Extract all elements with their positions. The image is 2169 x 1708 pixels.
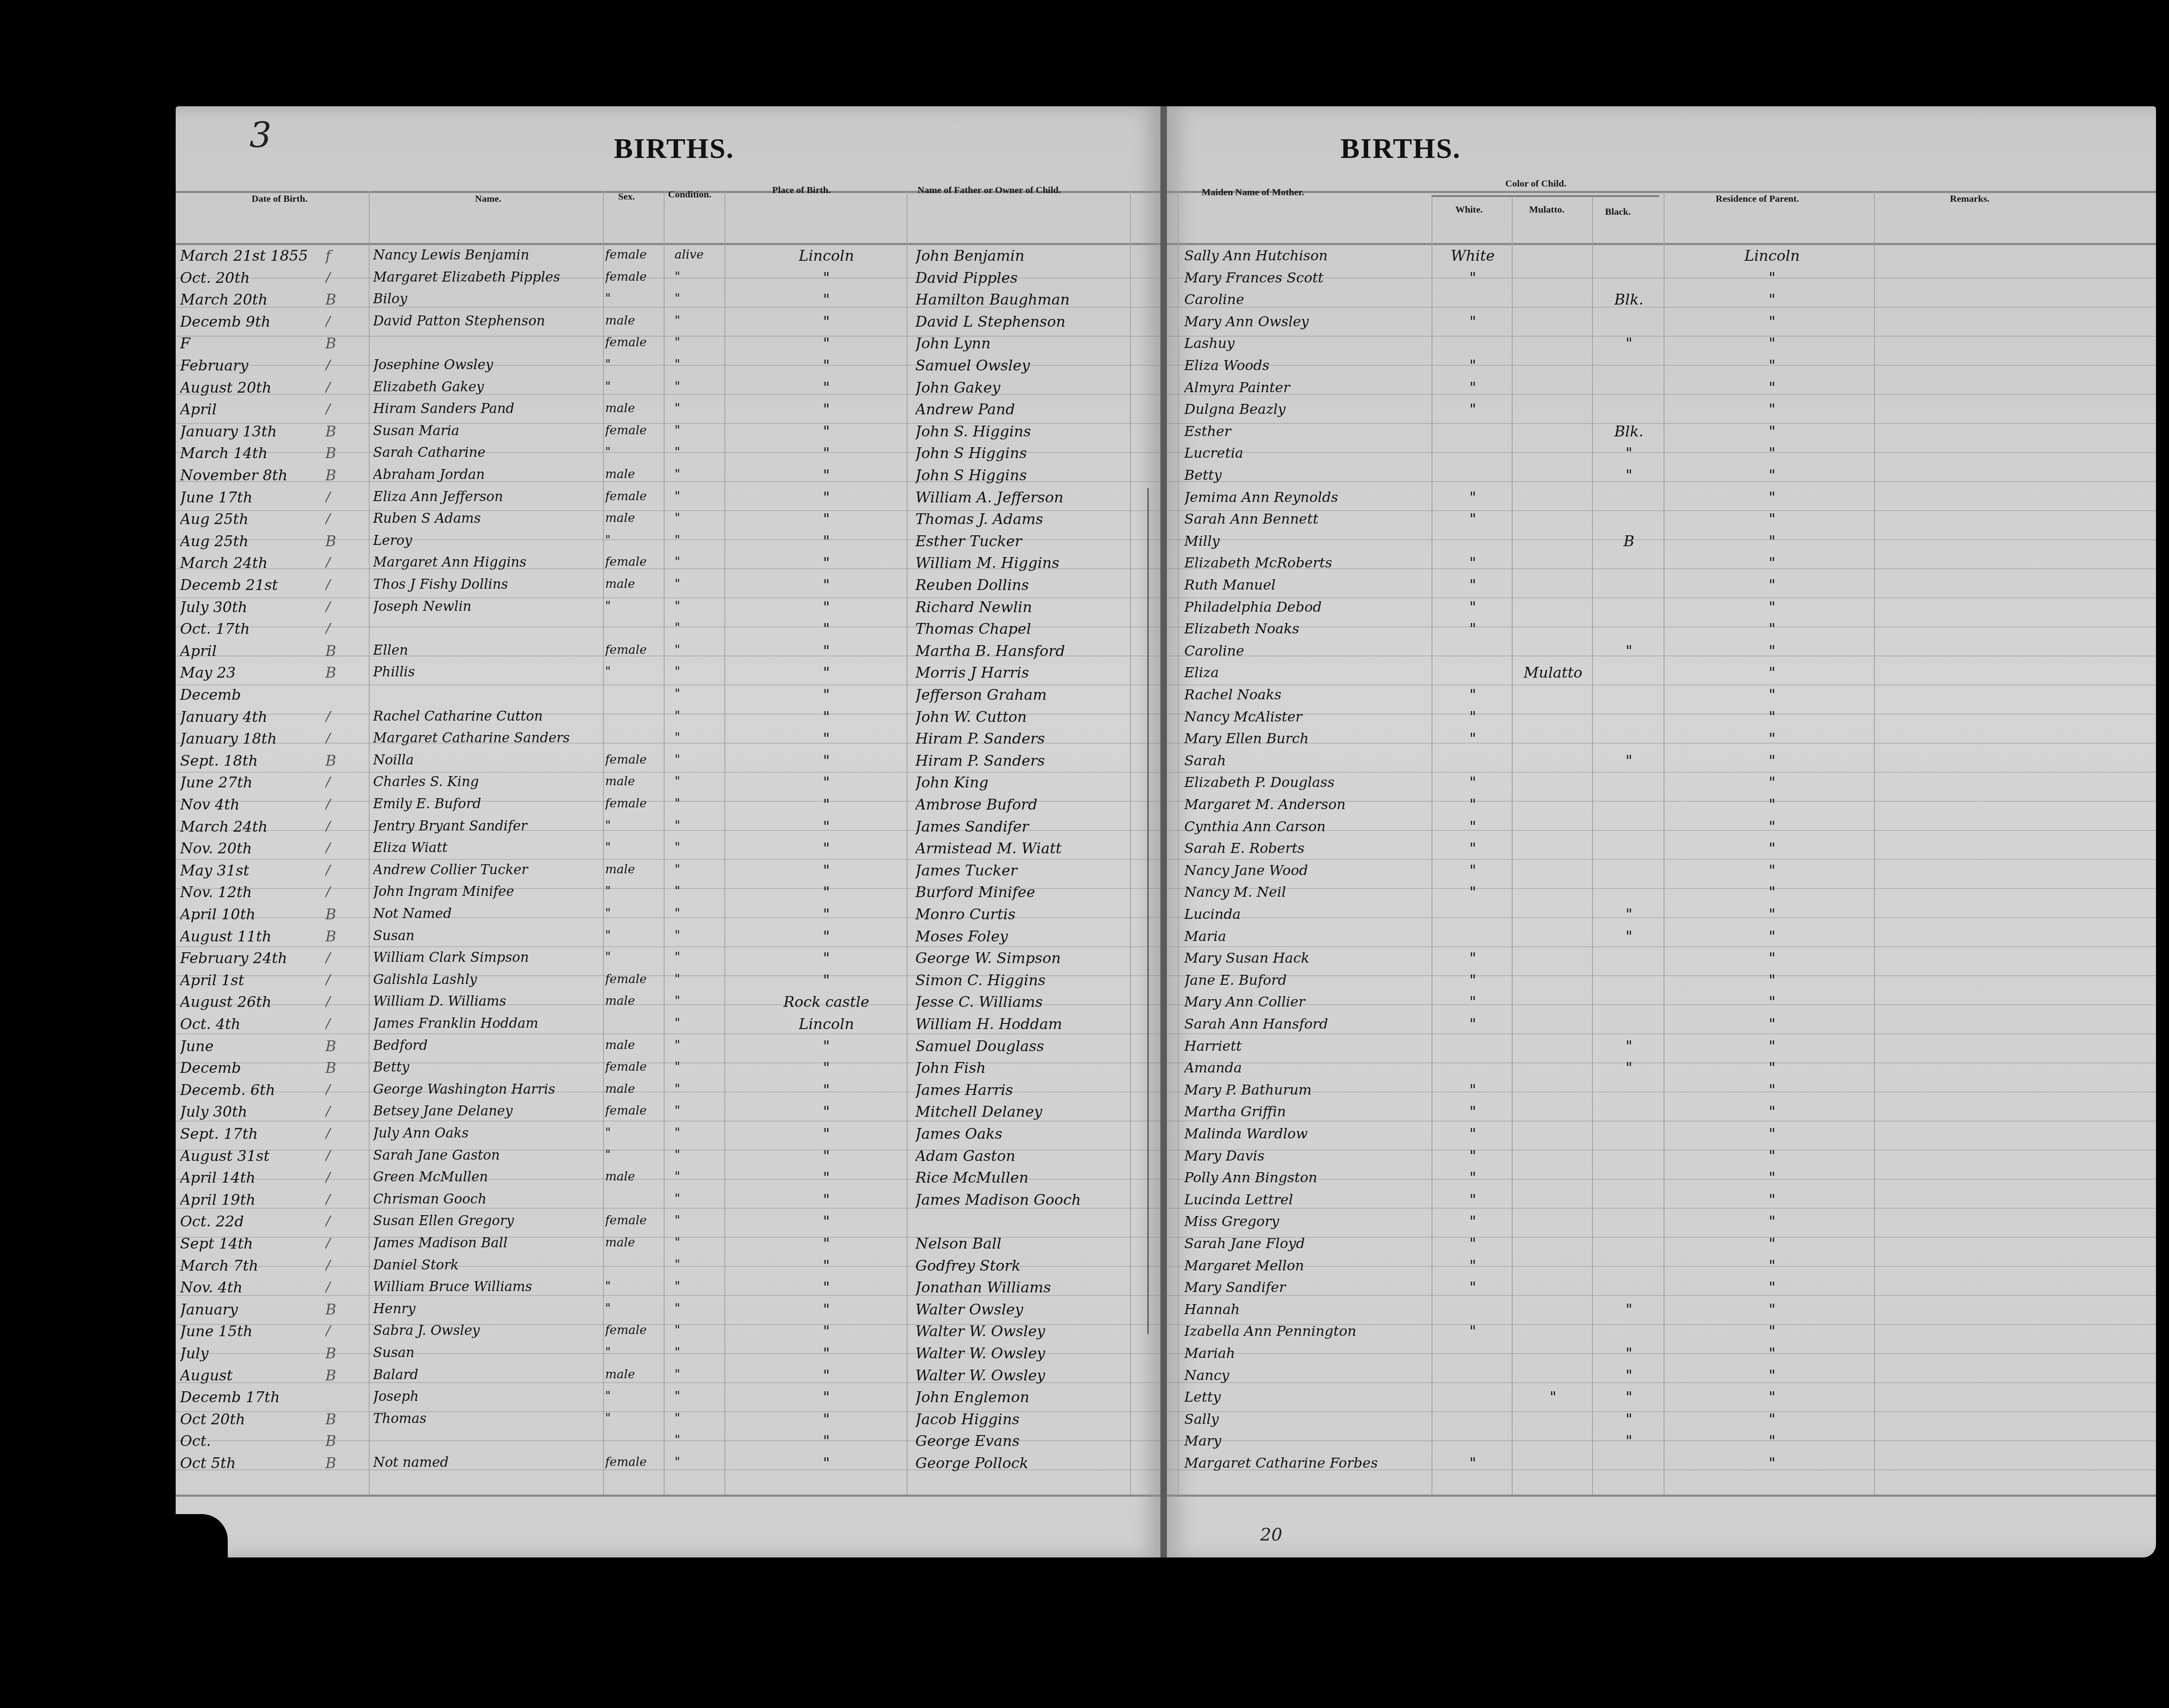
mother-maiden-name: Betty <box>1184 467 1432 483</box>
birth-entry-row: August 26th / William D. Williams male "… <box>176 993 2156 1015</box>
child-name: Ruben S Adams <box>373 511 599 526</box>
right-page-title: BIRTHS. <box>1340 132 1461 165</box>
child-name: Andrew Collier Tucker <box>373 862 599 878</box>
condition: " <box>675 1301 722 1315</box>
birth-entry-row: Oct 20th B Thomas " " " Jacob Higgins Sa… <box>176 1411 2156 1433</box>
sex: " <box>605 950 662 964</box>
color-black: " <box>1594 752 1664 770</box>
birth-entry-row: Oct. 4th / James Franklin Hoddam " Linco… <box>176 1016 2156 1037</box>
sex: " <box>605 1125 662 1140</box>
child-name: Sarah Jane Gaston <box>373 1147 599 1163</box>
mother-maiden-name: Nancy Jane Wood <box>1184 862 1432 879</box>
header-top-rule <box>1167 191 2156 193</box>
color-white: " <box>1434 599 1512 616</box>
father-or-owner: Hamilton Baughman <box>915 291 1141 308</box>
entry-mark: B <box>325 1455 351 1472</box>
mother-maiden-name: Mary <box>1184 1433 1432 1449</box>
torn-corner <box>176 1514 228 1575</box>
sex: female <box>605 335 662 349</box>
condition: " <box>675 1411 722 1425</box>
header-black: Black. <box>1605 206 1631 217</box>
date-of-birth: March 20th <box>180 291 323 308</box>
color-white: " <box>1434 313 1512 331</box>
entry-mark: B <box>325 1411 351 1428</box>
date-of-birth: August 31st <box>180 1147 323 1165</box>
mother-maiden-name: Mary Ann Owsley <box>1184 313 1432 330</box>
place-of-birth: " <box>748 862 904 879</box>
color-white: " <box>1434 1169 1512 1187</box>
birth-entry-row: January B Henry " " " Walter Owsley Hann… <box>176 1301 2156 1323</box>
entry-mark: / <box>325 796 351 813</box>
child-name: Rachel Catharine Cutton <box>373 708 599 724</box>
birth-entry-row: Decemb 21st / Thos J Fishy Dollins male … <box>176 577 2156 598</box>
entry-mark: B <box>325 1367 351 1384</box>
mother-maiden-name: Lucretia <box>1184 445 1432 461</box>
birth-entry-row: February / Josephine Owsley " " " Samuel… <box>176 357 2156 379</box>
residence-of-parent: " <box>1668 950 1876 967</box>
father-or-owner: John W. Cutton <box>915 708 1141 726</box>
condition: " <box>675 1147 722 1162</box>
mother-maiden-name: Jemima Ann Reynolds <box>1184 489 1432 505</box>
child-name: Thomas <box>373 1411 599 1426</box>
date-of-birth: Decemb. 6th <box>180 1082 323 1099</box>
mother-maiden-name: Sarah E. Roberts <box>1184 840 1432 856</box>
page-number: 3 <box>249 115 272 155</box>
date-of-birth: July 30th <box>180 599 323 616</box>
sex: male <box>605 1367 662 1381</box>
residence-of-parent: " <box>1668 993 1876 1011</box>
entry-mark: B <box>325 928 351 945</box>
residence-of-parent: " <box>1668 796 1876 813</box>
mother-maiden-name: Mary Ellen Burch <box>1184 730 1432 747</box>
birth-entry-row: June 27th / Charles S. King male " " Joh… <box>176 774 2156 796</box>
birth-entry-row: May 23 B Phillis " " " Morris J Harris E… <box>176 664 2156 686</box>
sex: " <box>605 1345 662 1359</box>
condition: " <box>675 884 722 898</box>
father-or-owner: Adam Gaston <box>915 1147 1141 1165</box>
condition: " <box>675 818 722 833</box>
residence-of-parent: " <box>1668 335 1876 352</box>
residence-of-parent: " <box>1668 1323 1876 1340</box>
mother-maiden-name: Hannah <box>1184 1301 1432 1318</box>
color-black: " <box>1594 467 1664 484</box>
sex: female <box>605 1455 662 1469</box>
residence-of-parent: " <box>1668 1038 1876 1055</box>
sex: " <box>605 928 662 942</box>
place-of-birth: " <box>748 1103 904 1121</box>
mother-maiden-name: Elizabeth P. Douglass <box>1184 774 1432 790</box>
residence-of-parent: " <box>1668 862 1876 879</box>
mother-maiden-name: Margaret Catharine Forbes <box>1184 1455 1432 1471</box>
child-name: Nancy Lewis Benjamin <box>373 247 599 263</box>
date-of-birth: Decemb <box>180 686 323 704</box>
father-or-owner: George W. Simpson <box>915 950 1141 967</box>
sex: " <box>605 884 662 898</box>
child-name: Thos J Fishy Dollins <box>373 577 599 592</box>
place-of-birth: " <box>748 379 904 397</box>
birth-entry-row: Oct. 20th / Margaret Elizabeth Pipples f… <box>176 269 2156 291</box>
color-white: " <box>1434 1455 1512 1472</box>
sex: male <box>605 993 662 1008</box>
condition: " <box>675 1038 722 1052</box>
birth-entry-row: Nov. 12th / John Ingram Minifee " " " Bu… <box>176 884 2156 905</box>
child-name: David Patton Stephenson <box>373 313 599 329</box>
date-of-birth: May 23 <box>180 664 323 682</box>
date-of-birth: July <box>180 1345 323 1362</box>
child-name: Galishla Lashly <box>373 972 599 987</box>
entry-mark: / <box>325 1147 351 1165</box>
mother-maiden-name: Dulgna Beazly <box>1184 401 1432 417</box>
place-of-birth: Lincoln <box>748 1016 904 1033</box>
child-name: Green McMullen <box>373 1169 599 1185</box>
entry-mark: / <box>325 884 351 901</box>
condition: " <box>675 313 722 328</box>
child-name: Susan <box>373 928 599 944</box>
sex: " <box>605 445 662 459</box>
birth-entry-row: Nov. 4th / William Bruce Williams " " " … <box>176 1279 2156 1301</box>
date-of-birth: Oct. 20th <box>180 269 323 287</box>
footer-rule <box>1167 1495 2156 1497</box>
sex: male <box>605 1169 662 1183</box>
condition: " <box>675 1213 722 1227</box>
condition: " <box>675 511 722 525</box>
color-black: Blk. <box>1594 291 1664 308</box>
date-of-birth: November 8th <box>180 467 323 484</box>
entry-mark: / <box>325 401 351 418</box>
residence-of-parent: " <box>1668 313 1876 331</box>
entry-mark: / <box>325 599 351 616</box>
residence-of-parent: " <box>1668 1059 1876 1077</box>
child-name: Noilla <box>373 752 599 768</box>
residence-of-parent: " <box>1668 1455 1876 1472</box>
place-of-birth: " <box>748 1235 904 1252</box>
condition: " <box>675 1257 722 1272</box>
color-white: " <box>1434 1147 1512 1165</box>
sex: female <box>605 1213 662 1227</box>
place-of-birth: " <box>748 1191 904 1209</box>
place-of-birth: " <box>748 445 904 462</box>
entry-mark: B <box>325 643 351 660</box>
entry-mark: B <box>325 1301 351 1318</box>
mother-maiden-name: Eliza Woods <box>1184 357 1432 374</box>
mother-maiden-name: Eliza <box>1184 664 1432 681</box>
child-name: Charles S. King <box>373 774 599 790</box>
place-of-birth: " <box>748 533 904 550</box>
place-of-birth: " <box>748 1059 904 1077</box>
sex: male <box>605 467 662 481</box>
residence-of-parent: Lincoln <box>1668 247 1876 265</box>
color-white: " <box>1434 1323 1512 1340</box>
place-of-birth: " <box>748 1411 904 1428</box>
date-of-birth: February <box>180 357 323 374</box>
child-name: James Franklin Hoddam <box>373 1016 599 1031</box>
child-name: Betty <box>373 1059 599 1075</box>
condition: " <box>675 774 722 788</box>
residence-of-parent: " <box>1668 291 1876 308</box>
child-name: John Ingram Minifee <box>373 884 599 899</box>
sex: " <box>605 379 662 393</box>
mother-maiden-name: Nancy M. Neil <box>1184 884 1432 900</box>
place-of-birth: " <box>748 752 904 770</box>
birth-entry-row: Oct 5th B Not named female " " George Po… <box>176 1455 2156 1476</box>
residence-of-parent: " <box>1668 840 1876 857</box>
place-of-birth: " <box>748 489 904 506</box>
mother-maiden-name: Polly Ann Bingston <box>1184 1169 1432 1186</box>
birth-entry-row: March 21st 1855 f Nancy Lewis Benjamin f… <box>176 247 2156 269</box>
color-white: " <box>1434 511 1512 528</box>
residence-of-parent: " <box>1668 599 1876 616</box>
residence-of-parent: " <box>1668 511 1876 528</box>
color-black: " <box>1594 928 1664 945</box>
condition: " <box>675 1389 722 1403</box>
condition: " <box>675 379 722 393</box>
date-of-birth: March 21st 1855 <box>180 247 323 265</box>
condition: " <box>675 752 722 767</box>
sex: " <box>605 1389 662 1403</box>
sex: male <box>605 313 662 328</box>
header-sex: Sex. <box>618 191 635 202</box>
color-white: " <box>1434 620 1512 638</box>
date-of-birth: Nov. 4th <box>180 1279 323 1296</box>
entry-mark: B <box>325 1345 351 1362</box>
entry-mark: / <box>325 972 351 989</box>
father-or-owner: Richard Newlin <box>915 599 1141 616</box>
date-of-birth: August 26th <box>180 993 323 1011</box>
birth-entry-row: April 14th / Green McMullen male " " Ric… <box>176 1169 2156 1191</box>
header-residence-of-parent: Residence of Parent. <box>1716 193 1799 204</box>
father-or-owner: Rice McMullen <box>915 1169 1141 1187</box>
place-of-birth: " <box>748 643 904 660</box>
child-name: Margaret Ann Higgins <box>373 554 599 570</box>
condition: " <box>675 862 722 876</box>
entry-mark: / <box>325 620 351 638</box>
place-of-birth: " <box>748 1433 904 1450</box>
sex: " <box>605 357 662 371</box>
father-or-owner: John S Higgins <box>915 445 1141 462</box>
child-name: William Clark Simpson <box>373 950 599 965</box>
father-or-owner: John Fish <box>915 1059 1141 1077</box>
birth-entry-row: August 31st / Sarah Jane Gaston " " " Ad… <box>176 1147 2156 1169</box>
child-name: Sarah Catharine <box>373 445 599 460</box>
child-name: Biloy <box>373 291 599 307</box>
condition: " <box>675 489 722 503</box>
left-page-title: BIRTHS. <box>614 132 734 165</box>
sex: " <box>605 1301 662 1315</box>
father-or-owner: Walter W. Owsley <box>915 1367 1141 1384</box>
condition: " <box>675 1191 722 1206</box>
residence-of-parent: " <box>1668 1389 1876 1406</box>
sex: " <box>605 1279 662 1293</box>
condition: " <box>675 1125 722 1140</box>
condition: " <box>675 423 722 437</box>
mother-maiden-name: Sally <box>1184 1411 1432 1427</box>
color-black: " <box>1594 1367 1664 1384</box>
place-of-birth: " <box>748 840 904 857</box>
entry-mark: / <box>325 511 351 528</box>
condition: " <box>675 445 722 459</box>
child-name: Susan Ellen Gregory <box>373 1213 599 1229</box>
place-of-birth: Rock castle <box>748 993 904 1011</box>
birth-entry-row: Nov 4th / Emily E. Buford female " " Amb… <box>176 796 2156 818</box>
residence-of-parent: " <box>1668 1213 1876 1230</box>
condition: " <box>675 357 722 371</box>
mother-maiden-name: Jane E. Buford <box>1184 972 1432 988</box>
condition: " <box>675 1103 722 1118</box>
condition: " <box>675 291 722 305</box>
father-or-owner: Hiram P. Sanders <box>915 730 1141 747</box>
father-or-owner: Nelson Ball <box>915 1235 1141 1252</box>
mother-maiden-name: Sarah Ann Hansford <box>1184 1016 1432 1032</box>
sex: male <box>605 1082 662 1096</box>
residence-of-parent: " <box>1668 643 1876 660</box>
birth-entry-row: Sept. 17th / July Ann Oaks " " " James O… <box>176 1125 2156 1147</box>
residence-of-parent: " <box>1668 577 1876 594</box>
birth-entry-row: February 24th / William Clark Simpson " … <box>176 950 2156 971</box>
entry-mark: / <box>325 489 351 506</box>
color-white: " <box>1434 950 1512 967</box>
condition: " <box>675 708 722 723</box>
child-name: Emily E. Buford <box>373 796 599 812</box>
mother-maiden-name: Ruth Manuel <box>1184 577 1432 593</box>
entry-mark: / <box>325 818 351 836</box>
sex: female <box>605 1059 662 1074</box>
birth-entry-row: April / Hiram Sanders Pand male " " Andr… <box>176 401 2156 423</box>
mother-maiden-name: Harriett <box>1184 1038 1432 1054</box>
condition: " <box>675 1323 722 1337</box>
color-black: " <box>1594 1059 1664 1077</box>
father-or-owner: Morris J Harris <box>915 664 1141 682</box>
date-of-birth: August 20th <box>180 379 323 397</box>
residence-of-parent: " <box>1668 708 1876 726</box>
entry-mark: / <box>325 577 351 594</box>
residence-of-parent: " <box>1668 554 1876 572</box>
mother-maiden-name: Mary Susan Hack <box>1184 950 1432 966</box>
entry-mark: / <box>325 269 351 287</box>
entry-mark: B <box>325 533 351 550</box>
entry-mark: / <box>325 554 351 572</box>
entry-mark: / <box>325 840 351 857</box>
color-white: " <box>1434 489 1512 506</box>
condition: " <box>675 467 722 481</box>
sex: female <box>605 752 662 767</box>
mother-maiden-name: Cynthia Ann Carson <box>1184 818 1432 835</box>
place-of-birth: " <box>748 577 904 594</box>
birth-entry-row: March 20th B Biloy " " " Hamilton Baughm… <box>176 291 2156 313</box>
child-name: Eliza Ann Jefferson <box>373 489 599 505</box>
birth-entry-row: August 11th B Susan " " " Moses Foley Ma… <box>176 928 2156 950</box>
entry-mark: B <box>325 291 351 308</box>
date-of-birth: March 24th <box>180 554 323 572</box>
entry-mark: / <box>325 379 351 397</box>
condition: alive <box>675 247 722 262</box>
mother-maiden-name: Amanda <box>1184 1059 1432 1076</box>
residence-of-parent: " <box>1668 1103 1876 1121</box>
sex: " <box>605 906 662 920</box>
header-bottom-rule <box>176 243 1163 245</box>
date-of-birth: Sept 14th <box>180 1235 323 1252</box>
date-of-birth: April 1st <box>180 972 323 989</box>
header-father-or-owner: Name of Father or Owner of Child. <box>917 184 1061 196</box>
place-of-birth: " <box>748 708 904 726</box>
sex: male <box>605 862 662 876</box>
sex: male <box>605 511 662 525</box>
entry-mark: B <box>325 906 351 923</box>
sex: male <box>605 774 662 788</box>
date-of-birth: Decemb 9th <box>180 313 323 331</box>
birth-entry-row: August 20th / Elizabeth Gakey " " " John… <box>176 379 2156 401</box>
residence-of-parent: " <box>1668 620 1876 638</box>
place-of-birth: " <box>748 1257 904 1275</box>
father-or-owner: Walter W. Owsley <box>915 1345 1141 1362</box>
father-or-owner: Simon C. Higgins <box>915 972 1141 989</box>
sex: " <box>605 818 662 833</box>
father-or-owner: James Madison Gooch <box>915 1191 1141 1209</box>
condition: " <box>675 1169 722 1183</box>
condition: " <box>675 840 722 854</box>
date-of-birth: March 7th <box>180 1257 323 1275</box>
condition: " <box>675 599 722 613</box>
mother-maiden-name: Nancy McAlister <box>1184 708 1432 725</box>
birth-entry-row: January 13th B Susan Maria female " " Jo… <box>176 423 2156 445</box>
color-white: " <box>1434 577 1512 594</box>
child-name: William D. Williams <box>373 993 599 1009</box>
condition: " <box>675 1016 722 1030</box>
father-or-owner: Jacob Higgins <box>915 1411 1141 1428</box>
father-or-owner: George Pollock <box>915 1455 1141 1472</box>
color-black: " <box>1594 906 1664 923</box>
father-or-owner: Jesse C. Williams <box>915 993 1141 1011</box>
mother-maiden-name: Caroline <box>1184 643 1432 659</box>
child-name: Not Named <box>373 906 599 921</box>
child-name: Susan <box>373 1345 599 1360</box>
father-or-owner: Walter Owsley <box>915 1301 1141 1318</box>
mother-maiden-name: Maria <box>1184 928 1432 944</box>
birth-entry-row: Oct. 17th / " " Thomas Chapel Elizabeth … <box>176 620 2156 642</box>
father-or-owner: William M. Higgins <box>915 554 1141 572</box>
residence-of-parent: " <box>1668 269 1876 287</box>
condition: " <box>675 1455 722 1469</box>
birth-entry-row: March 14th B Sarah Catharine " " " John … <box>176 445 2156 466</box>
residence-of-parent: " <box>1668 1191 1876 1209</box>
condition: " <box>675 730 722 744</box>
color-black: " <box>1594 445 1664 462</box>
color-black: " <box>1594 1389 1664 1406</box>
condition: " <box>675 1433 722 1447</box>
place-of-birth: " <box>748 1367 904 1384</box>
entry-mark: / <box>325 1082 351 1099</box>
mother-maiden-name: Lucinda Lettrel <box>1184 1191 1432 1208</box>
date-of-birth: Sept. 18th <box>180 752 323 770</box>
father-or-owner: Samuel Douglass <box>915 1038 1141 1055</box>
entry-mark: / <box>325 1213 351 1230</box>
sex: male <box>605 1235 662 1249</box>
color-white: " <box>1434 1082 1512 1099</box>
entry-mark: / <box>325 1235 351 1252</box>
date-of-birth: Oct. <box>180 1433 323 1450</box>
child-name: Joseph <box>373 1389 599 1404</box>
child-name: Sabra J. Owsley <box>373 1323 599 1338</box>
condition: " <box>675 686 722 701</box>
father-or-owner: Burford Minifee <box>915 884 1141 901</box>
sex: " <box>605 840 662 854</box>
place-of-birth: " <box>748 1082 904 1099</box>
date-of-birth: April <box>180 401 323 418</box>
condition: " <box>675 1345 722 1359</box>
sex: " <box>605 1411 662 1425</box>
sex: female <box>605 423 662 437</box>
mother-maiden-name: Lucinda <box>1184 906 1432 922</box>
mother-maiden-name: Mariah <box>1184 1345 1432 1361</box>
